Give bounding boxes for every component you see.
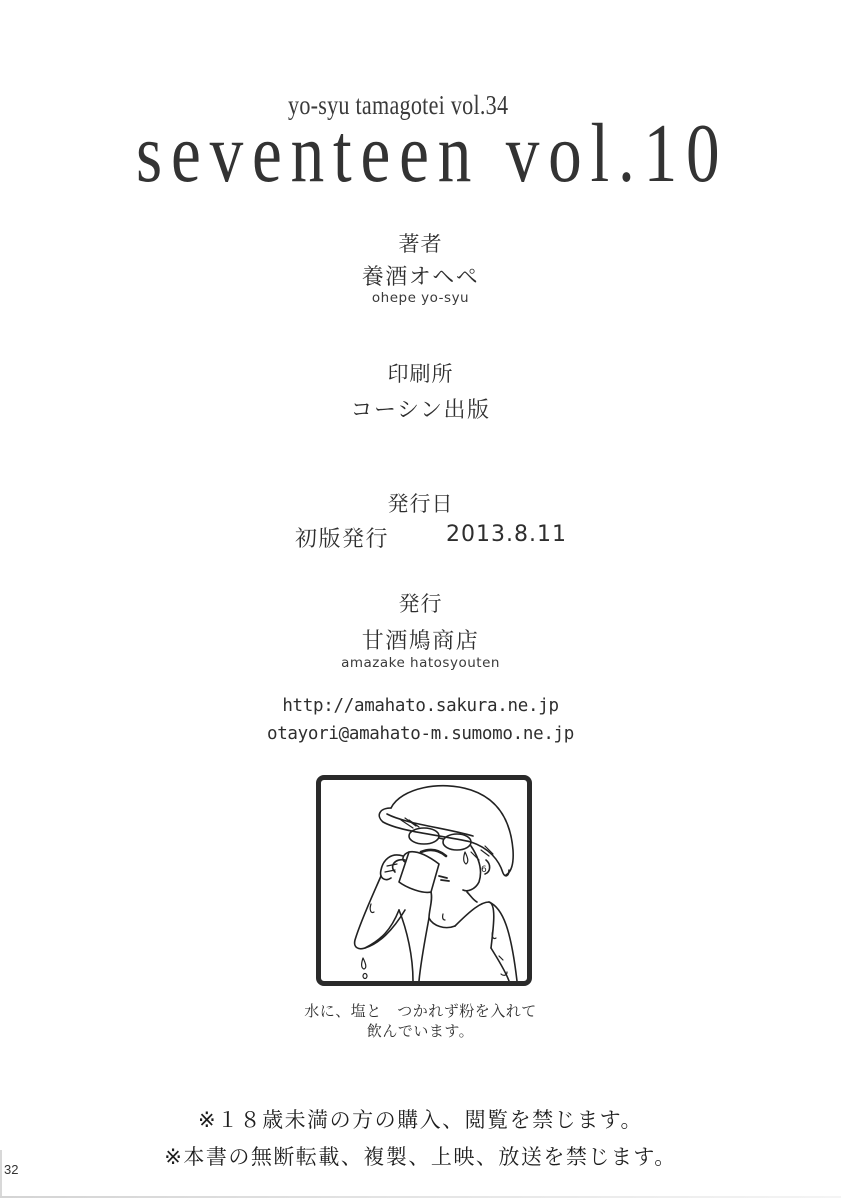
svg-text:6: 6: [481, 865, 487, 875]
publisher-label: 発行: [0, 588, 841, 618]
printer-name: コーシン出版: [0, 393, 841, 424]
publisher-name: 甘酒鳩商店: [0, 624, 841, 655]
publisher-email[interactable]: otayori@amahato-m.sumomo.ne.jp: [0, 724, 841, 744]
page-number: 32: [4, 1162, 18, 1177]
copyright-notice: ※本書の無断転載、複製、上映、放送を禁じます。: [0, 1141, 841, 1171]
publisher-romaji: amazake hatosyouten: [0, 655, 841, 671]
issue-date-label: 発行日: [0, 488, 841, 518]
publisher-url[interactable]: http://amahato.sakura.ne.jp: [0, 696, 841, 716]
illustration-caption-line1: 水に、塩と つかれず粉を入れて: [0, 1000, 841, 1021]
page-edge: [0, 1196, 841, 1198]
issue-date-value: 2013.8.11: [446, 522, 567, 547]
illustration-caption-line2: 飲んでいます。: [0, 1020, 841, 1041]
issue-date-row: 初版発行 2013.8.11: [0, 522, 841, 552]
author-illustration: 6: [316, 775, 532, 986]
printer-label: 印刷所: [0, 358, 841, 388]
man-drinking-icon: 6: [321, 780, 527, 981]
age-restriction-notice: ※１８歳未満の方の購入、閲覧を禁じます。: [0, 1104, 841, 1134]
author-romaji: ohepe yo-syu: [0, 290, 841, 306]
author-name: 養酒オヘペ: [0, 260, 841, 291]
book-title: seventeen vol.10: [136, 112, 728, 196]
edition-label: 初版発行: [295, 522, 389, 553]
author-label: 著者: [0, 228, 841, 258]
